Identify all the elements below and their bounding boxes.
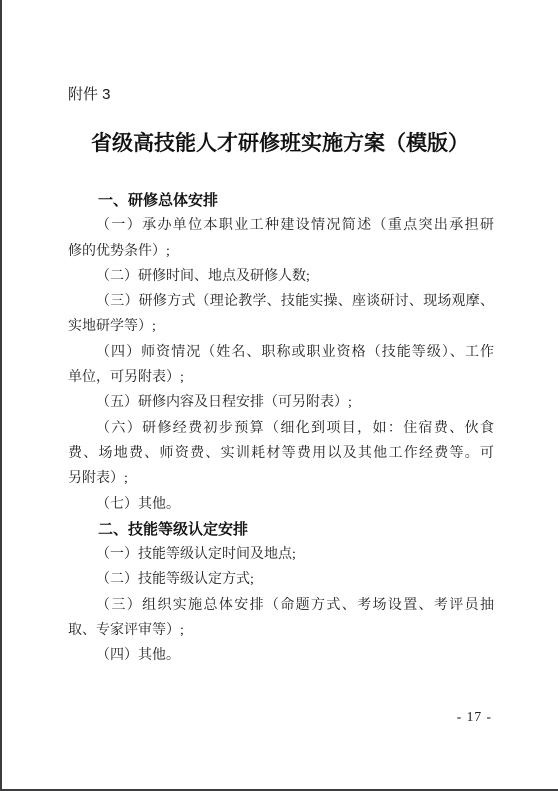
body-line: （三）组织实施总体安排（命题方式、考场设置、考评员抽 [68,593,494,618]
body-line: 修的优势条件）; [68,239,494,264]
section-heading-2: 二、技能等级认定安排 [68,517,494,542]
attachment-label: 附件 3 [68,83,111,104]
body-line: 费、场地费、师资费、实训耗材等费用以及其他工作经费等。可 [68,441,494,466]
body-line: （一）技能等级认定时间及地点; [68,542,494,567]
body-line: （二）研修时间、地点及研修人数; [68,264,494,289]
page-number: - 17 - [457,709,492,725]
body-line: 实地研学等）; [68,314,494,339]
section-heading-1: 一、研修总体安排 [68,188,494,213]
body-line: （五）研修内容及日程安排（可另附表）; [68,390,494,415]
body-line: （三）研修方式（理论教学、技能实操、座谈研讨、现场观摩、 [68,289,494,314]
body-line: （七）其他。 [68,492,494,517]
body-line: （一）承办单位本职业工种建设情况简述（重点突出承担研 [68,213,494,238]
body-line: 单位，可另附表）; [68,365,494,390]
body-line: 另附表）; [68,466,494,491]
document-body: 一、研修总体安排 （一）承办单位本职业工种建设情况简述（重点突出承担研 修的优势… [68,188,494,669]
body-line: （六）研修经费初步预算（细化到项目，如：住宿费、伙食 [68,416,494,441]
document-title: 省级高技能人才研修班实施方案（模版） [2,127,558,157]
body-line: （四）师资情况（姓名、职称或职业资格（技能等级）、工作 [68,340,494,365]
body-line: 取、专家评审等）; [68,618,494,643]
body-line: （四）其他。 [68,643,494,668]
document-page: 附件 3 省级高技能人才研修班实施方案（模版） 一、研修总体安排 （一）承办单位… [0,0,558,791]
body-line: （二）技能等级认定方式; [68,567,494,592]
